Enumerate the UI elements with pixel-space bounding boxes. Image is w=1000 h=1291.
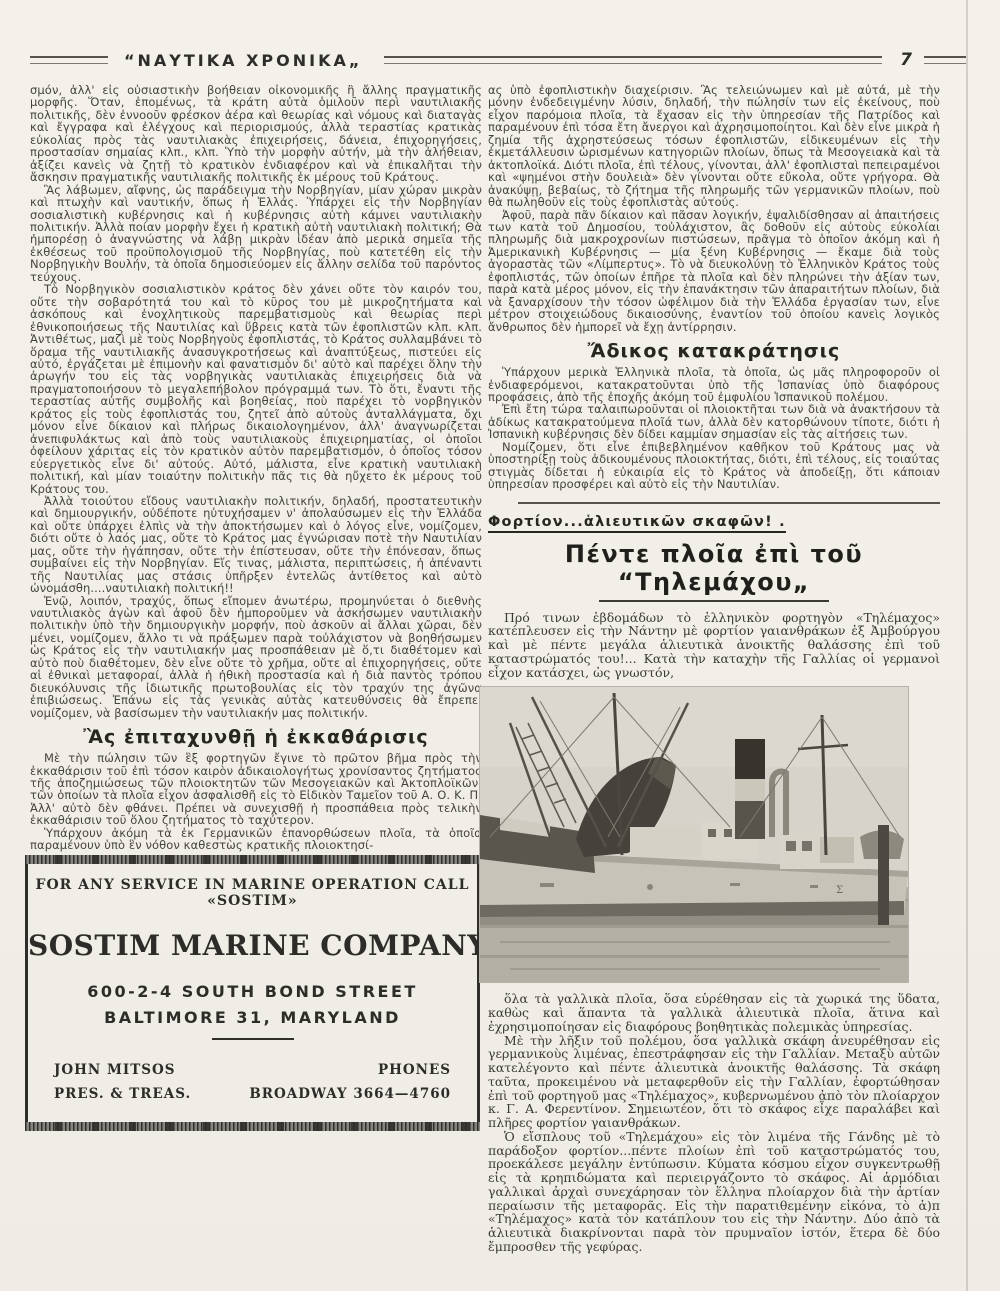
article-kicker: Φορτίον...ἁλιευτικῶν σκαφῶν! . [488,514,786,533]
masthead-rule-mid [384,56,882,64]
paragraph: Νομίζομεν, ὅτι εἶνε ἐπιβεβλημένον καθῆκο… [488,441,940,491]
ad-contact-title: PRES. & TREAS. [54,1086,191,1102]
ad-contact-block: JOHN MITSOS PRES. & TREAS. [54,1062,191,1102]
ship-photo-graphic: Σ [480,687,908,982]
paragraph: Μὲ τὴν πώλησιν τῶν ἓξ φορτηγῶν ἔγινε τὸ … [30,752,482,827]
right-column: ας ὑπὸ ἐφοπλιστικὴν διαχείρισιν. Ἂς τελε… [488,84,940,1254]
paragraph: ὅλα τὰ γαλλικὰ πλοῖα, ὅσα εὑρέθησαν εἰς … [488,992,940,1033]
paragraph: ας ὑπὸ ἐφοπλιστικὴν διαχείρισιν. Ἂς τελε… [488,84,940,209]
article-title: Πέντε πλοῖα ἐπὶ τοῦ “Τηλεμάχου„ [488,540,940,596]
paragraph: Ἀφοῦ, παρὰ πᾶν δίκαιον καὶ πᾶσαν λογικήν… [488,209,940,334]
paragraph: Μὲ τὴν λῆξιν τοῦ πολέμου, ὅσα γαλλικὰ σκ… [488,1034,940,1130]
ad-phone-number: BROADWAY 3664—4760 [249,1086,451,1102]
left-column: σμόν, ἀλλ' εἰς οὐσιαστικὴν βοήθειαν οἰκο… [30,84,482,1122]
ship-photograph: Σ [479,686,909,983]
masthead-rule-left [30,56,108,64]
svg-text:Σ: Σ [836,885,843,896]
paragraph: Ὑπάρχουν ἀκόμη τὰ ἐκ Γερμανικῶν ἐπανορθώ… [30,827,482,852]
paragraph: Ἐνῷ, λοιπόν, τραχύς, ὅπως εἴπομεν ἀνωτέρ… [30,595,482,720]
paragraph: Πρό τινων ἑβδομάδων τὸ ἑλληνικὸν φορτηγὸ… [488,611,940,680]
ad-slogan: FOR ANY SERVICE IN MARINE OPERATION CALL… [28,864,477,909]
paragraph: σμόν, ἀλλ' εἰς οὐσιαστικὴν βοήθειαν οἰκο… [30,84,482,184]
paragraph: Ὑπάρχουν μερικὰ Ἑλληνικὰ πλοῖα, τὰ ὁποῖα… [488,366,940,403]
paragraph: Ἀλλὰ τοιούτου εἴδους ναυτιλιακὴν πολιτικ… [30,495,482,595]
page-edge-line [966,0,968,1291]
paragraph: Ὁ εἴσπλους τοῦ «Τηλεμάχου» εἰς τὸν λιμέν… [488,1130,940,1254]
paragraph: Ἐπὶ ἔτη τώρα ταλαιπωροῦνται οἱ πλοιοκτῆτ… [488,403,940,440]
ad-address-city: BALTIMORE 31, MARYLAND [28,1008,477,1027]
ad-divider-rule [212,1038,294,1040]
masthead-rule-right [924,56,966,64]
article-divider-rule [518,502,940,504]
masthead: “ΝΑΥΤΙΚΑ ΧΡΟΝΙΚΑ„ 7 [30,50,966,70]
section-heading-clearance: Ἂς ἐπιταχυνθῇ ἡ ἐκκαθάρισις [30,726,482,748]
section-heading-unjust-detention: Ἄδικος κατακράτησις [488,340,940,362]
ad-contact-name: JOHN MITSOS [54,1062,176,1078]
paragraph: Τὸ Νορβηγικὸν σοσιαλιστικὸν κράτος δὲν χ… [30,283,482,495]
title-underline-rule [599,600,829,602]
ad-phones-label: PHONES [378,1062,451,1078]
paragraph: Ἂς λάβωμεν, αἴφνης, ὡς παράδειγμα τὴν Νο… [30,184,482,284]
ad-address-street: 600-2-4 SOUTH BOND STREET [28,982,477,1001]
page-number: 7 [900,50,912,70]
ad-company-name: SOSTIM MARINE COMPANY INC. [28,929,477,962]
sostim-advertisement: FOR ANY SERVICE IN MARINE OPERATION CALL… [25,864,480,1122]
publication-title: “ΝΑΥΤΙΚΑ ΧΡΟΝΙΚΑ„ [124,51,362,70]
ad-phones-block: PHONES BROADWAY 3664—4760 [249,1062,451,1102]
